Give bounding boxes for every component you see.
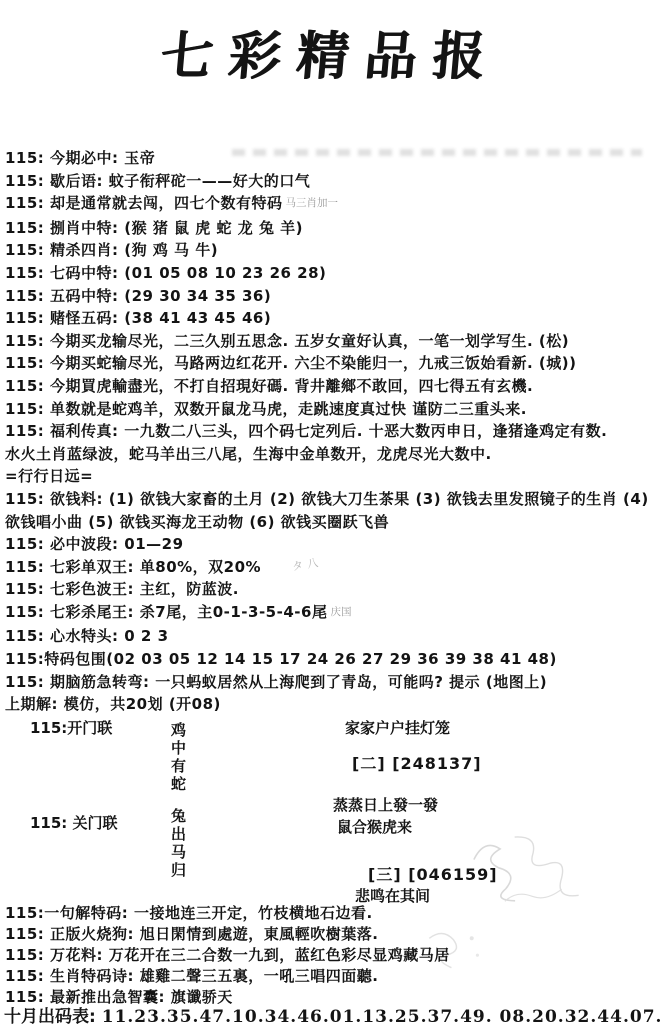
text-line: 115:特码包围(02 03 05 12 14 15 17 24 26 27 2…: [5, 648, 657, 671]
mouse-tiger-line: 鼠合猴虎来: [337, 816, 412, 837]
text-line: 115: 福利传真: 一九数二八三头，四个码七定列后. 十恶大数丙申日，逢猪逢鸡…: [5, 420, 657, 443]
line-text: 115: 今期买蛇输尽光，马路两边红花开. 六尘不染能归一，九戒三饭始看新. (…: [5, 354, 576, 372]
text-line: 115: 七彩色波王: 主红，防蓝波.: [5, 578, 657, 601]
line-text: 115: 今期买龙输尽光，二三久别五思念. 五岁女童好认真，一笔一划学写生. (…: [5, 332, 569, 350]
text-line: 115: 精杀四肖: (狗 鸡 马 牛): [5, 239, 657, 262]
middle-couplet-line: 蒸蒸日上發一發: [333, 794, 438, 815]
line-text: 115: 七彩杀尾王: 杀7尾，主0-1-3-5-4-6尾: [5, 603, 327, 621]
text-line: 115: 今期买蛇输尽光，马路两边红花开. 六尘不染能归一，九戒三饭始看新. (…: [5, 352, 657, 375]
line-text: 115:特码包围(02 03 05 12 14 15 17 24 26 27 2…: [5, 650, 557, 668]
text-line: 115: 欲钱料: (1) 欲钱大家畜的土月 (2) 欲钱大刀生茶果 (3) 欲…: [5, 488, 657, 533]
lower-text-block: 115:一句解特码: 一接地连三开定，竹枝横地石边看. 115: 正版火烧狗: …: [5, 903, 657, 1008]
newspaper-page: 七彩精品报 タ八 115: 今期必中: 玉帝 115: 歇后语: 蚊子衔秤砣一—…: [0, 0, 662, 1024]
line-text: 水火土肖蓝绿波，蛇马羊出三八尾，生海中金单数开，龙虎尽光大数中.: [5, 445, 492, 463]
line-text: 115: 捌肖中特: (猴 猪 鼠 虎 蛇 龙 兔 羊): [5, 219, 303, 237]
line-text: 115: 七彩色波王: 主红，防蓝波.: [5, 580, 239, 598]
close-couplet-label: 115: 关门联: [30, 812, 118, 833]
line-text: 115: 生肖特码诗: 雄雞二聲三五裏，一吼三唱四面聽.: [5, 967, 378, 985]
line-text: 上期解: 模仿，共20划 (开08): [5, 695, 221, 713]
line-text: 115: 欲钱料: (1) 欲钱大家畜的土月 (2) 欲钱大刀生茶果 (3) 欲…: [5, 490, 649, 531]
open-couplet-label: 115:开门联: [30, 717, 112, 738]
text-line: 115: 正版火烧狗: 旭日閑情到處遊，東風輕吹樹葉落.: [5, 924, 657, 945]
line-text: 115: 福利传真: 一九数二八三头，四个码七定列后. 十恶大数丙申日，逢猪逢鸡…: [5, 422, 607, 440]
text-line: 115: 必中波段: 01—29: [5, 533, 657, 556]
line-text: 115: 七彩单双王: 单80%，双20%: [5, 558, 261, 576]
text-line: 115: 赌怪五码: (38 41 43 45 46): [5, 307, 657, 330]
footer-line: 十月出码表: 11.23.35.47.10.34.46.01.13.25.37.…: [4, 1002, 660, 1024]
text-line: 115:一句解特码: 一接地连三开定，竹枝横地石边看.: [5, 903, 657, 924]
line-text: 115: 期脑筋急转弯: 一只蚂蚁居然从上海爬到了青岛，可能吗? 提示 (地图上…: [5, 673, 547, 691]
line-text: 115: 却是通常就去闯，四七个数有特码: [5, 194, 283, 212]
line-text: 115: 万花料: 万花开在三二合数一九到，蓝红色彩尽显鸡藏马居: [5, 946, 450, 964]
text-line: 115: 今期買虎輸盡光，不打自招現好碼. 背井離鄉不敢回，四七得五有玄機.: [5, 375, 657, 398]
open-couplet-vertical-text: 鸡中有蛇: [168, 722, 189, 814]
code-bracket-two: [二] [248137]: [352, 751, 482, 774]
close-couplet-vertical-text: 兔出马归: [168, 808, 189, 900]
text-line: 115: 万花料: 万花开在三二合数一九到，蓝红色彩尽显鸡藏马居: [5, 945, 657, 966]
text-line: 115: 五码中特: (29 30 34 35 36): [5, 285, 657, 308]
line-text: 115: 精杀四肖: (狗 鸡 马 牛): [5, 241, 218, 259]
line-text: 115: 歇后语: 蚊子衔秤砣一——好大的口气: [5, 172, 310, 190]
main-text-block: 115: 今期必中: 玉帝 115: 歇后语: 蚊子衔秤砣一——好大的口气 11…: [5, 147, 657, 716]
line-text: 115: 今期買虎輸盡光，不打自招現好碼. 背井離鄉不敢回，四七得五有玄機.: [5, 377, 533, 395]
line-text: 115: 赌怪五码: (38 41 43 45 46): [5, 309, 271, 327]
line-text: 115: 单数就是蛇鸡羊，双数开鼠龙马虎，走跳速度真过快 谨防二三重头来.: [5, 400, 527, 418]
line-text: 115: 七码中特: (01 05 08 10 23 26 28): [5, 264, 326, 282]
page-title: 七彩精品报: [0, 14, 662, 89]
line-text: 115: 今期必中: 玉帝: [5, 149, 155, 167]
faint-annotation: 庆国: [330, 606, 351, 618]
text-line: 115: 今期买龙输尽光，二三久别五思念. 五岁女童好认真，一笔一划学写生. (…: [5, 330, 657, 353]
line-text: =行行日远=: [5, 467, 93, 485]
text-line: 115: 七彩单双王: 单80%，双20%: [5, 556, 657, 579]
text-line: 115: 七彩杀尾王: 杀7尾，主0-1-3-5-4-6尾庆国: [5, 601, 657, 626]
text-line: 115: 歇后语: 蚊子衔秤砣一——好大的口气: [5, 170, 657, 193]
line-text: 115: 心水特头: 0 2 3: [5, 627, 169, 645]
text-line: 115: 心水特头: 0 2 3: [5, 625, 657, 648]
text-line: 115: 今期必中: 玉帝: [5, 147, 657, 170]
text-line: 115: 生肖特码诗: 雄雞二聲三五裏，一吼三唱四面聽.: [5, 966, 657, 987]
text-line: 115: 七码中特: (01 05 08 10 23 26 28): [5, 262, 657, 285]
footer-numbers: 11.23.35.47.10.34.46.01.13.25.37.49. 08.…: [102, 1007, 662, 1024]
line-text: 115: 五码中特: (29 30 34 35 36): [5, 287, 271, 305]
line-text: 115:一句解特码: 一接地连三开定，竹枝横地石边看.: [5, 904, 373, 922]
text-line: 115: 期脑筋急转弯: 一只蚂蚁居然从上海爬到了青岛，可能吗? 提示 (地图上…: [5, 671, 657, 694]
line-text: 115: 必中波段: 01—29: [5, 535, 184, 553]
open-couplet-line: 家家户户挂灯笼: [345, 717, 450, 738]
text-line: 115: 却是通常就去闯，四七个数有特码马三肖加一: [5, 192, 657, 217]
text-line: 水火土肖蓝绿波，蛇马羊出三八尾，生海中金单数开，龙虎尽光大数中.: [5, 443, 657, 466]
text-line: 115: 捌肖中特: (猴 猪 鼠 虎 蛇 龙 兔 羊): [5, 217, 657, 240]
footer-label: 十月出码表:: [4, 1007, 96, 1024]
text-line: =行行日远=: [5, 465, 657, 488]
line-text: 115: 正版火烧狗: 旭日閑情到處遊，東風輕吹樹葉落.: [5, 925, 378, 943]
faint-annotation: 马三肖加一: [286, 197, 339, 209]
text-line: 115: 单数就是蛇鸡羊，双数开鼠龙马虎，走跳速度真过快 谨防二三重头来.: [5, 398, 657, 421]
